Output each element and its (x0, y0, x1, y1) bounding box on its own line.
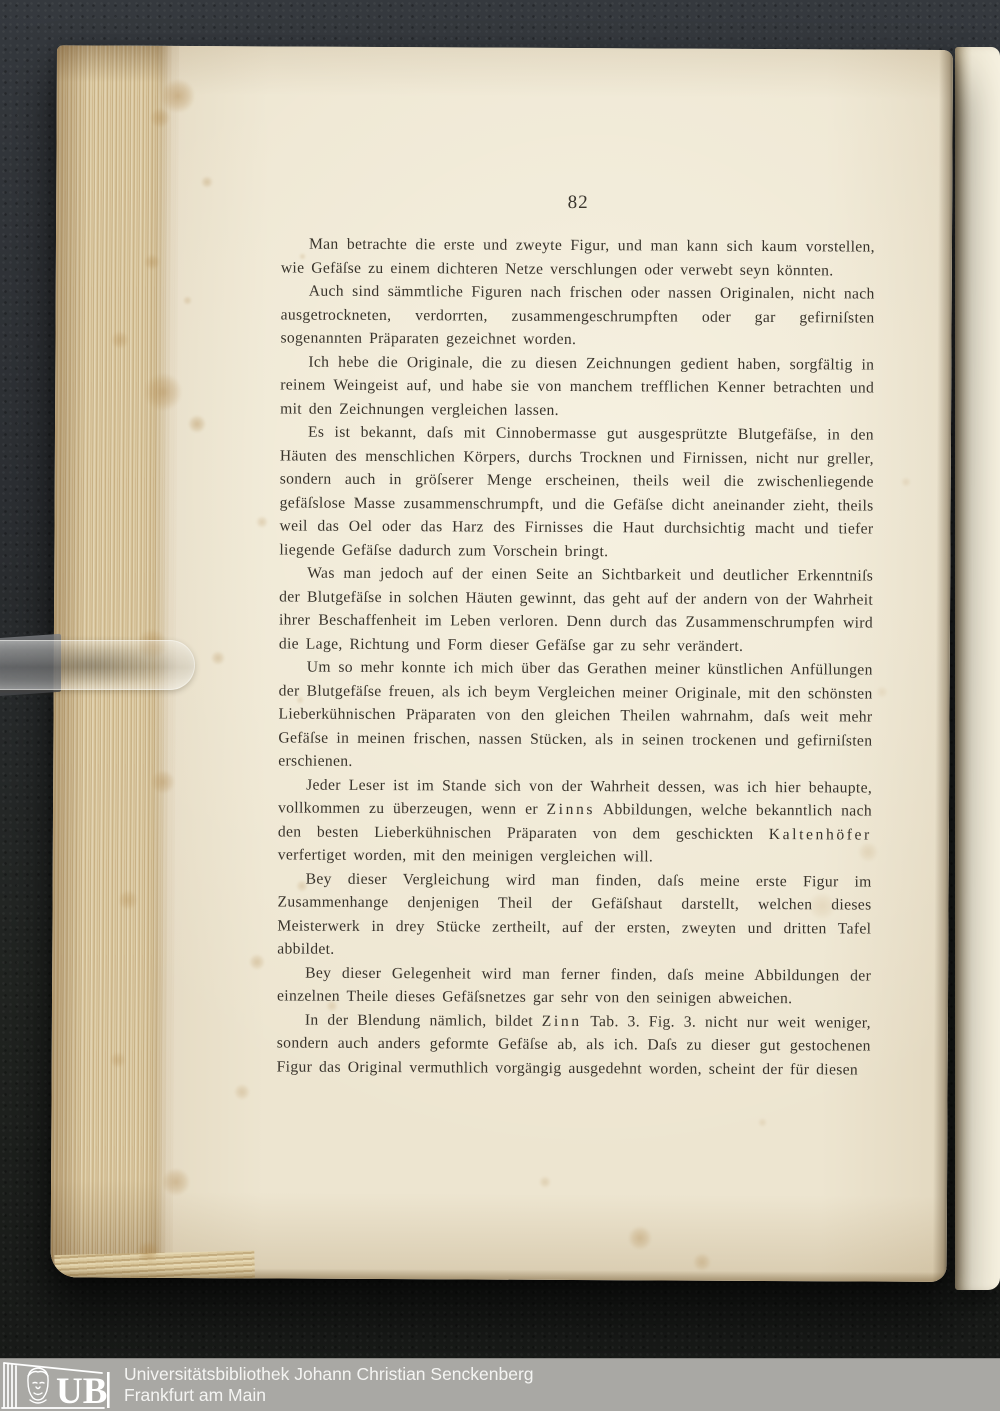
page-holder (0, 626, 215, 704)
paragraph: Man betrachte die erste und zweyte Figur… (281, 232, 875, 282)
paragraph: Bey dieser Gelegenheit wird man ferner f… (277, 961, 871, 1011)
paragraph: Was man jedoch auf der einen Seite an Si… (279, 561, 873, 658)
text-segment: Bey dieser Gelegenheit wird man ferner f… (277, 964, 871, 1007)
goethe-portrait-icon (28, 1368, 48, 1403)
paragraph: Jeder Leser ist im Stande sich von der W… (278, 773, 872, 870)
page-holder-glass-tip (0, 640, 195, 690)
paragraph: In der Blendung nämlich, bildet Zinn Tab… (277, 1008, 871, 1082)
text-segment: Was man jedoch auf der einen Seite an Si… (279, 565, 873, 655)
text-segment: verfertiget worden, mit den meinigen ver… (278, 846, 654, 865)
text-segment: Man betrachte die erste und zweyte Figur… (281, 236, 875, 279)
paragraph: Es ist bekannt, daſs mit Cinnobermasse g… (279, 420, 874, 564)
logo-divider (107, 1372, 110, 1408)
text-segment: Bey dieser Vergleichung wird man finden,… (277, 870, 871, 958)
text-segment: Ich hebe die Originale, die zu diesen Ze… (280, 353, 874, 418)
paragraph: Ich hebe die Originale, die zu diesen Ze… (280, 350, 874, 424)
emphasized-name: Zinns (547, 801, 596, 818)
text-segment: In der Blendung nämlich, bildet (305, 1011, 542, 1029)
paragraph: Um so mehr konnte ich mich über das Gera… (278, 655, 873, 776)
page-number: 82 (281, 190, 875, 215)
text-segment: Um so mehr konnte ich mich über das Gera… (278, 659, 873, 770)
next-page-edge (955, 47, 1000, 1290)
text-segment: Es ist bekannt, daſs mit Cinnobermasse g… (279, 424, 874, 560)
paragraph: Bey dieser Vergleichung wird man finden,… (277, 867, 871, 964)
library-city: Frankfurt am Main (124, 1385, 534, 1407)
paragraph: Auch sind sämmtliche Figuren nach frisch… (280, 279, 874, 353)
library-name: Universitätsbibliothek Johann Christian … (124, 1364, 534, 1386)
text-segment: Auch sind sämmtliche Figuren nach frisch… (280, 283, 874, 348)
ub-logo: UB (0, 1360, 114, 1410)
ub-logo-icon: UB (0, 1360, 114, 1410)
corner-stack (54, 1251, 255, 1282)
emphasized-name: Kaltenhöfer (769, 826, 872, 844)
logo-text: UB (56, 1371, 107, 1410)
library-banner: UB Universitätsbibliothek Johann Christi… (0, 1358, 1000, 1411)
emphasized-name: Zinn (542, 1012, 582, 1029)
scan-background: 82 Man betrachte die erste und zweyte Fi… (0, 0, 1000, 1411)
text-block: Man betrachte die erste und zweyte Figur… (277, 232, 875, 1081)
